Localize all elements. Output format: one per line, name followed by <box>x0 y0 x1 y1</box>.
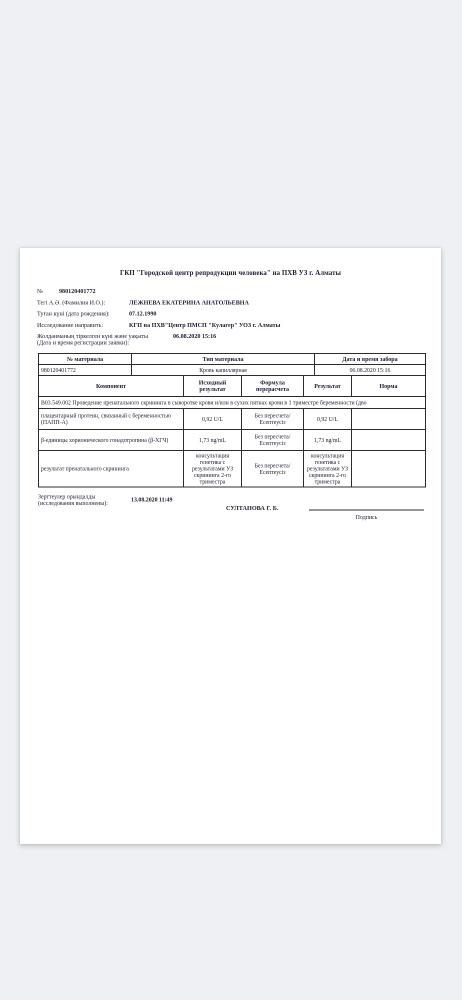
results-table: Компонент Исходный результат Формула пер… <box>38 375 426 488</box>
result-initial: 0,92 U/L <box>184 409 242 430</box>
results-header-initial: Исходный результат <box>184 376 242 397</box>
field-birthdate: Туған күні (дата рождения): 07.12.1990 <box>37 311 424 318</box>
field-direction-label: Исследование направить: <box>37 322 129 329</box>
material-cell-number: 980120401772 <box>39 365 132 376</box>
signature-caption: Подпись <box>309 514 424 522</box>
material-header-number: № материала <box>39 354 132 365</box>
field-number: № 980120401772 <box>37 288 424 295</box>
results-table-header-row: Компонент Исходный результат Формула пер… <box>39 376 426 397</box>
material-table-header-row: № материала Тип материала Дата и время з… <box>39 354 426 365</box>
performed-label: Зерттеулер орындалды (исследования выпол… <box>38 494 108 507</box>
material-table-row: 980120401772 Кровь капиллярная 06.08.202… <box>39 365 426 376</box>
field-name-value: ЛЕЖНЕВА ЕКАТЕРИНА АНАТОЛЬЕВНА <box>129 299 249 306</box>
doctor-name: СУЛТАНОВА Г. Б. <box>226 505 278 513</box>
result-formula: Без пересчета/ Есептеусіз <box>242 430 304 451</box>
results-header-result: Результат <box>304 376 352 397</box>
result-value: 1,73 ng/mL <box>304 430 352 451</box>
material-header-date: Дата и время забора <box>315 354 426 365</box>
material-cell-type: Кровь капиллярная <box>132 365 315 376</box>
result-norm <box>352 430 426 451</box>
field-name-label: Тегі А.Ә. (Фамилия И.О.): <box>37 299 129 306</box>
field-registration-value: 06.08.2020 15:16 <box>173 333 216 346</box>
result-value: 0,92 U/L <box>304 409 352 430</box>
signature-line <box>309 502 424 511</box>
results-row-papp: плацентарный протеин, связанный с береме… <box>39 409 426 430</box>
field-birthdate-value: 07.12.1990 <box>129 311 156 318</box>
material-cell-date: 06.08.2020 15:16 <box>315 365 426 376</box>
field-name: Тегі А.Ә. (Фамилия И.О.): ЛЕЖНЕВА ЕКАТЕР… <box>37 299 424 306</box>
result-formula: Без пересчета/ Есептеусіз <box>242 409 304 430</box>
result-initial: 1,73 ng/mL <box>184 430 242 451</box>
field-registration: Жолданманың тіркелген күні және уақыты (… <box>37 333 424 346</box>
results-row-screening: результат пренатального скрининга консул… <box>39 451 426 488</box>
report-footer: Зерттеулер орындалды (исследования выпол… <box>38 493 424 533</box>
field-registration-label: Жолданманың тіркелген күні және уақыты (… <box>37 333 173 346</box>
material-header-type: Тип материала <box>132 354 315 365</box>
field-registration-label-ru: (Дата и время регистрации заявки): <box>37 339 129 346</box>
results-header-norm: Норма <box>352 376 426 397</box>
results-row-hcg: β-единицы хорионического гонадотропина (… <box>39 430 426 451</box>
result-formula: Без пересчета/ Есептеусіз <box>242 451 304 488</box>
result-component: β-единицы хорионического гонадотропина (… <box>39 430 184 451</box>
result-initial: консультация генетика с результатами УЗ … <box>184 451 242 488</box>
field-number-value: 980120401772 <box>59 288 96 295</box>
result-component: результат пренатального скрининга <box>39 451 184 488</box>
result-value: консультация генетика с результатами УЗ … <box>304 451 352 488</box>
results-header-formula: Формула перерасчета <box>242 376 304 397</box>
performed-label-ru: (исследования выполнены): <box>38 500 108 507</box>
result-component: плацентарный протеин, связанный с береме… <box>39 409 184 430</box>
result-norm <box>352 451 426 488</box>
field-direction-value: КГП на ПХВ"Центр ПМСП "Кулагер" УОЗ г. А… <box>129 322 280 329</box>
results-service-row: В03.549.002 Проведение пренатального скр… <box>39 397 426 409</box>
performed-datetime: 13.08.2020 11:49 <box>131 496 172 504</box>
material-table: № материала Тип материала Дата и время з… <box>38 353 426 376</box>
results-service-text: В03.549.002 Проведение пренатального скр… <box>39 397 426 409</box>
field-birthdate-label: Туған күні (дата рождения): <box>37 311 129 318</box>
document-page: ГКП "Городской центр репродукции человек… <box>20 248 441 844</box>
patient-fields: № 980120401772 Тегі А.Ә. (Фамилия И.О.):… <box>37 288 424 346</box>
field-direction: Исследование направить: КГП на ПХВ"Центр… <box>37 322 424 329</box>
field-number-label: № <box>37 288 59 295</box>
results-header-component: Компонент <box>39 376 184 397</box>
viewer-background: ГКП "Городской центр репродукции человек… <box>0 0 462 1000</box>
result-norm <box>352 409 426 430</box>
clinic-title: ГКП "Городской центр репродукции человек… <box>37 248 424 277</box>
